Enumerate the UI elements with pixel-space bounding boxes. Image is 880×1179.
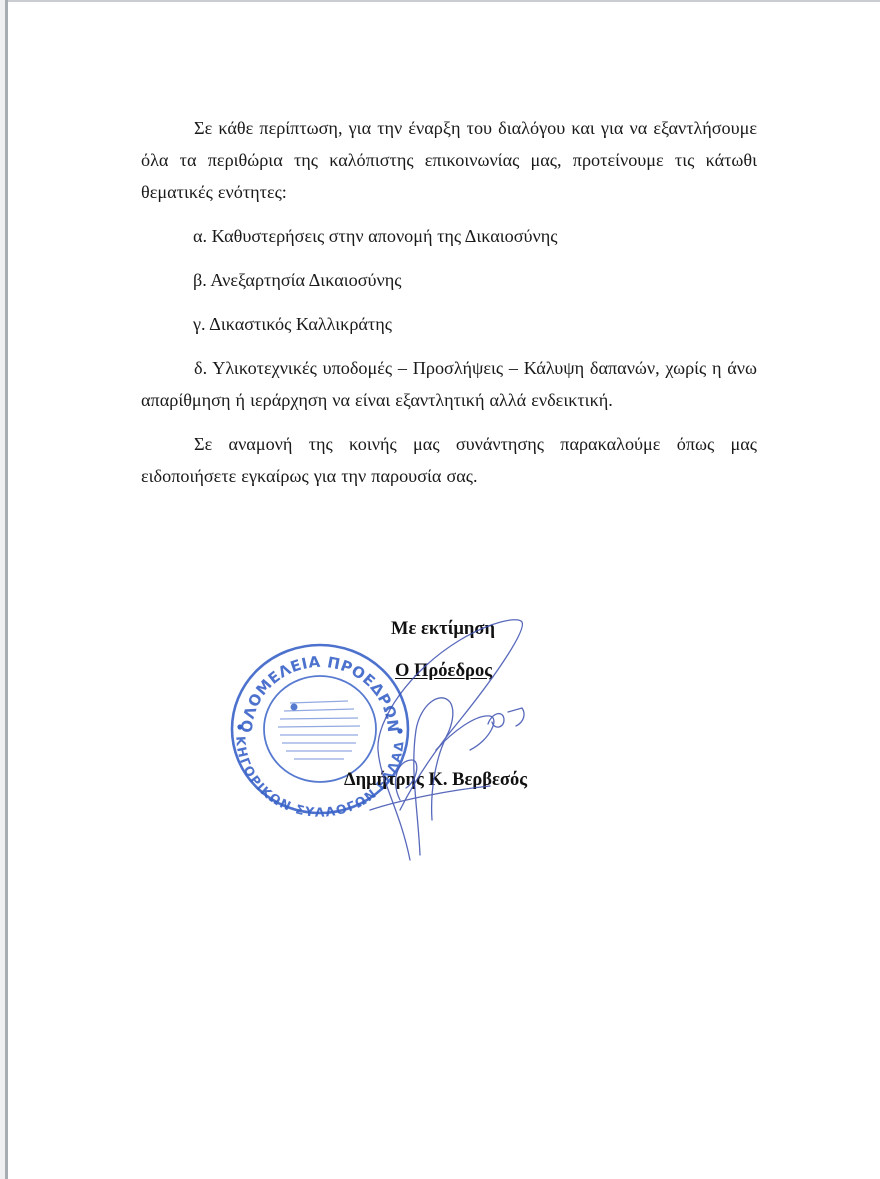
topic-item-b: β. Ανεξαρτησία Δικαιοσύνης — [193, 264, 757, 296]
topic-item-d: δ. Υλικοτεχνικές υποδομές – Προσλήψεις –… — [141, 352, 757, 416]
signature-closing: Με εκτίμηση — [391, 619, 495, 640]
signatory-name: Δημήτρης Κ. Βερβεσός — [344, 770, 527, 791]
letter-body: Σε κάθε περίπτωση, για την έναρξη του δι… — [141, 112, 757, 492]
closing-paragraph: Σε αναμονή της κοινής μας συνάντησης παρ… — [141, 428, 757, 492]
signature-title: Ο Πρόεδρος — [395, 661, 492, 682]
page-top-edge — [0, 0, 880, 2]
topic-item-a: α. Καθυστερήσεις στην απονομή της Δικαιο… — [193, 220, 757, 252]
topic-item-c: γ. Δικαστικός Καλλικράτης — [193, 308, 757, 340]
intro-paragraph: Σε κάθε περίπτωση, για την έναρξη του δι… — [141, 112, 757, 208]
page-left-edge — [5, 0, 8, 1179]
